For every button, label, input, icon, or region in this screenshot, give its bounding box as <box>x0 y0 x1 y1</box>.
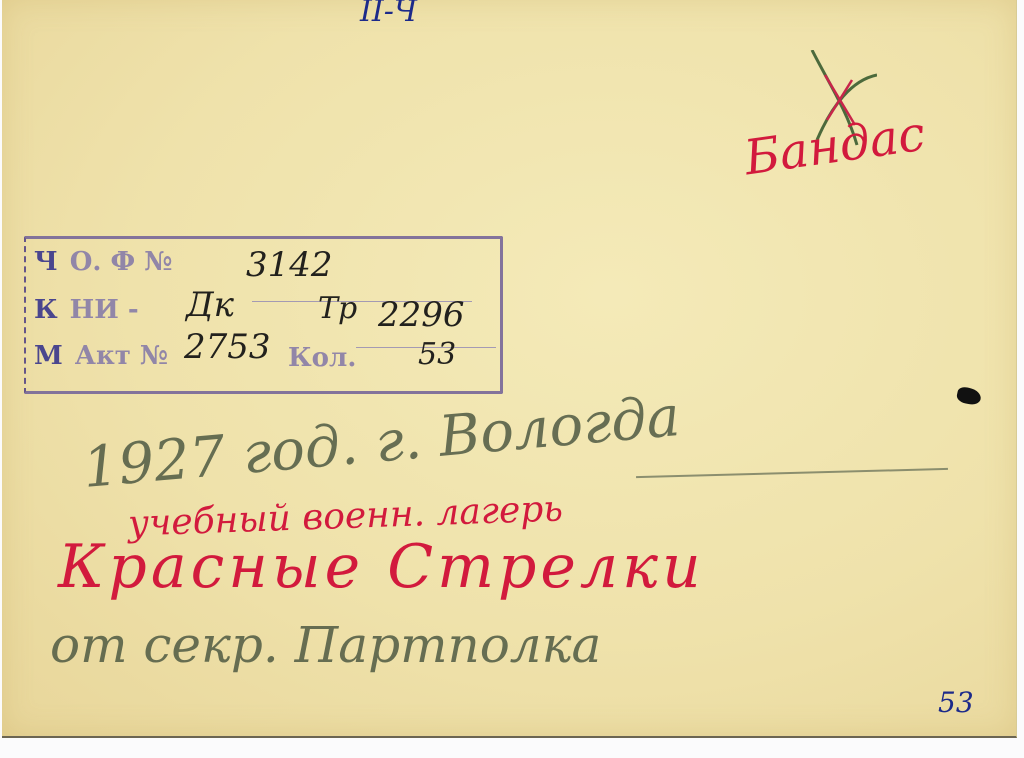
stamp-kol-value: 53 <box>418 337 456 372</box>
top-mark: II-Ч <box>360 0 417 29</box>
city-underline <box>636 468 948 478</box>
stamp-fond-number: 3142 <box>246 245 333 285</box>
stamp-row-3: МАкт № <box>34 341 168 371</box>
ink-blot <box>956 386 983 407</box>
corner-signature: Бандас <box>741 106 928 187</box>
stamp-tr-label: Тр <box>318 291 357 326</box>
stamp-row-2: КНИ - <box>34 295 139 325</box>
archive-stamp: ЧО. Ф № 3142 КНИ - Дк Тр 2296 МАкт № 275… <box>24 236 503 394</box>
stamp-tr-value: 2296 <box>378 295 465 335</box>
inscription-red-riflemen: Красные Стрелки <box>58 532 705 602</box>
photo-reverse-sheet: II-Ч Бандас ЧО. Ф № 3142 КНИ - Дк Тр 229… <box>2 0 1017 738</box>
stamp-act-number: 2753 <box>184 327 271 367</box>
stamp-row-1: ЧО. Ф № <box>34 247 172 277</box>
inscription-from-secretary: от секр. Партполка <box>50 616 601 674</box>
page-number: 53 <box>938 686 974 719</box>
inscription-year-city: 1927 год. г. Вологда <box>80 384 682 501</box>
stamp-kol-label: Кол. <box>288 343 356 373</box>
stamp-ni-value: Дк <box>186 285 234 325</box>
